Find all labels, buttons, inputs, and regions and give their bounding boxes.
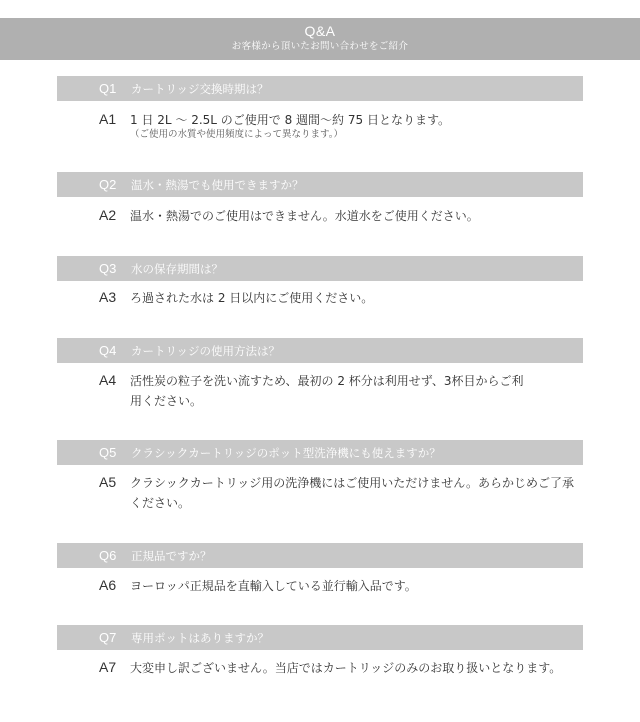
question-number: Q6: [99, 543, 131, 568]
question-bar-1: Q1カートリッジ交換時期は？: [57, 76, 583, 101]
answer-4: A4 活性炭の粒子を洗い流すため、最初の 2 杯分は利用せず、3杯目からご利用く…: [99, 371, 529, 411]
page-subtitle: お客様から頂いたお問い合わせをご紹介: [0, 40, 640, 54]
question-bar-6: Q6正規品ですか？: [57, 543, 583, 568]
answer-text: 1 日 2L ～ 2.5L のご使用で 8 週間～約 75 日となります。: [130, 110, 589, 130]
answer-number: A4: [99, 372, 116, 388]
question-text: 正規品ですか？: [131, 549, 212, 563]
answer-2: A2 温水・熱湯でのご使用はできません。水道水をご使用ください。: [99, 206, 589, 226]
answer-text: 活性炭の粒子を洗い流すため、最初の 2 杯分は利用せず、3杯目からご利用ください…: [130, 371, 529, 411]
question-bar-3: Q3水の保存期間は？: [57, 256, 583, 281]
answer-text: ヨーロッパ正規品を直輸入している並行輸入品です。: [130, 576, 589, 596]
question-text: クラシックカートリッジのポット型洗浄機にも使えますか？: [131, 446, 441, 460]
page-title: Q&A: [0, 18, 640, 40]
question-number: Q5: [99, 440, 131, 465]
answer-number: A3: [99, 289, 116, 305]
question-number: Q3: [99, 256, 131, 281]
answer-1: A1 1 日 2L ～ 2.5L のご使用で 8 週間～約 75 日となります。…: [99, 110, 589, 142]
answer-number: A2: [99, 207, 116, 223]
question-text: 温水・熱湯でも使用できますか？: [131, 178, 304, 192]
question-number: Q4: [99, 338, 131, 363]
answer-number: A7: [99, 659, 116, 675]
question-bar-2: Q2温水・熱湯でも使用できますか？: [57, 172, 583, 197]
answer-note: （ご使用の水質や使用頻度によって異なります。）: [130, 128, 589, 142]
answer-number: A6: [99, 577, 116, 593]
question-bar-5: Q5クラシックカートリッジのポット型洗浄機にも使えますか？: [57, 440, 583, 465]
answer-text: 温水・熱湯でのご使用はできません。水道水をご使用ください。: [130, 206, 589, 226]
answer-6: A6 ヨーロッパ正規品を直輸入している並行輸入品です。: [99, 576, 589, 596]
answer-text: ろ過された水は 2 日以内にご使用ください。: [130, 288, 589, 308]
question-number: Q2: [99, 172, 131, 197]
question-text: 専用ポットはありますか？: [131, 631, 269, 645]
question-text: カートリッジ交換時期は？: [131, 82, 269, 96]
answer-number: A1: [99, 111, 116, 127]
answer-3: A3 ろ過された水は 2 日以内にご使用ください。: [99, 288, 589, 308]
question-number: Q1: [99, 76, 131, 101]
answer-text: 大変申し訳ございません。当店ではカートリッジのみのお取り扱いとなります。: [130, 658, 589, 678]
qa-header: Q&A お客様から頂いたお問い合わせをご紹介: [0, 18, 640, 60]
question-text: 水の保存期間は？: [131, 262, 223, 276]
answer-text: クラシックカートリッジ用の洗浄機にはご使用いただけません。あらかじめご了承くださ…: [130, 473, 584, 513]
answer-number: A5: [99, 474, 116, 490]
answer-7: A7 大変申し訳ございません。当店ではカートリッジのみのお取り扱いとなります。: [99, 658, 589, 678]
question-bar-7: Q7専用ポットはありますか？: [57, 625, 583, 650]
question-text: カートリッジの使用方法は？: [131, 344, 280, 358]
question-number: Q7: [99, 625, 131, 650]
question-bar-4: Q4カートリッジの使用方法は？: [57, 338, 583, 363]
answer-5: A5 クラシックカートリッジ用の洗浄機にはご使用いただけません。あらかじめご了承…: [99, 473, 584, 513]
